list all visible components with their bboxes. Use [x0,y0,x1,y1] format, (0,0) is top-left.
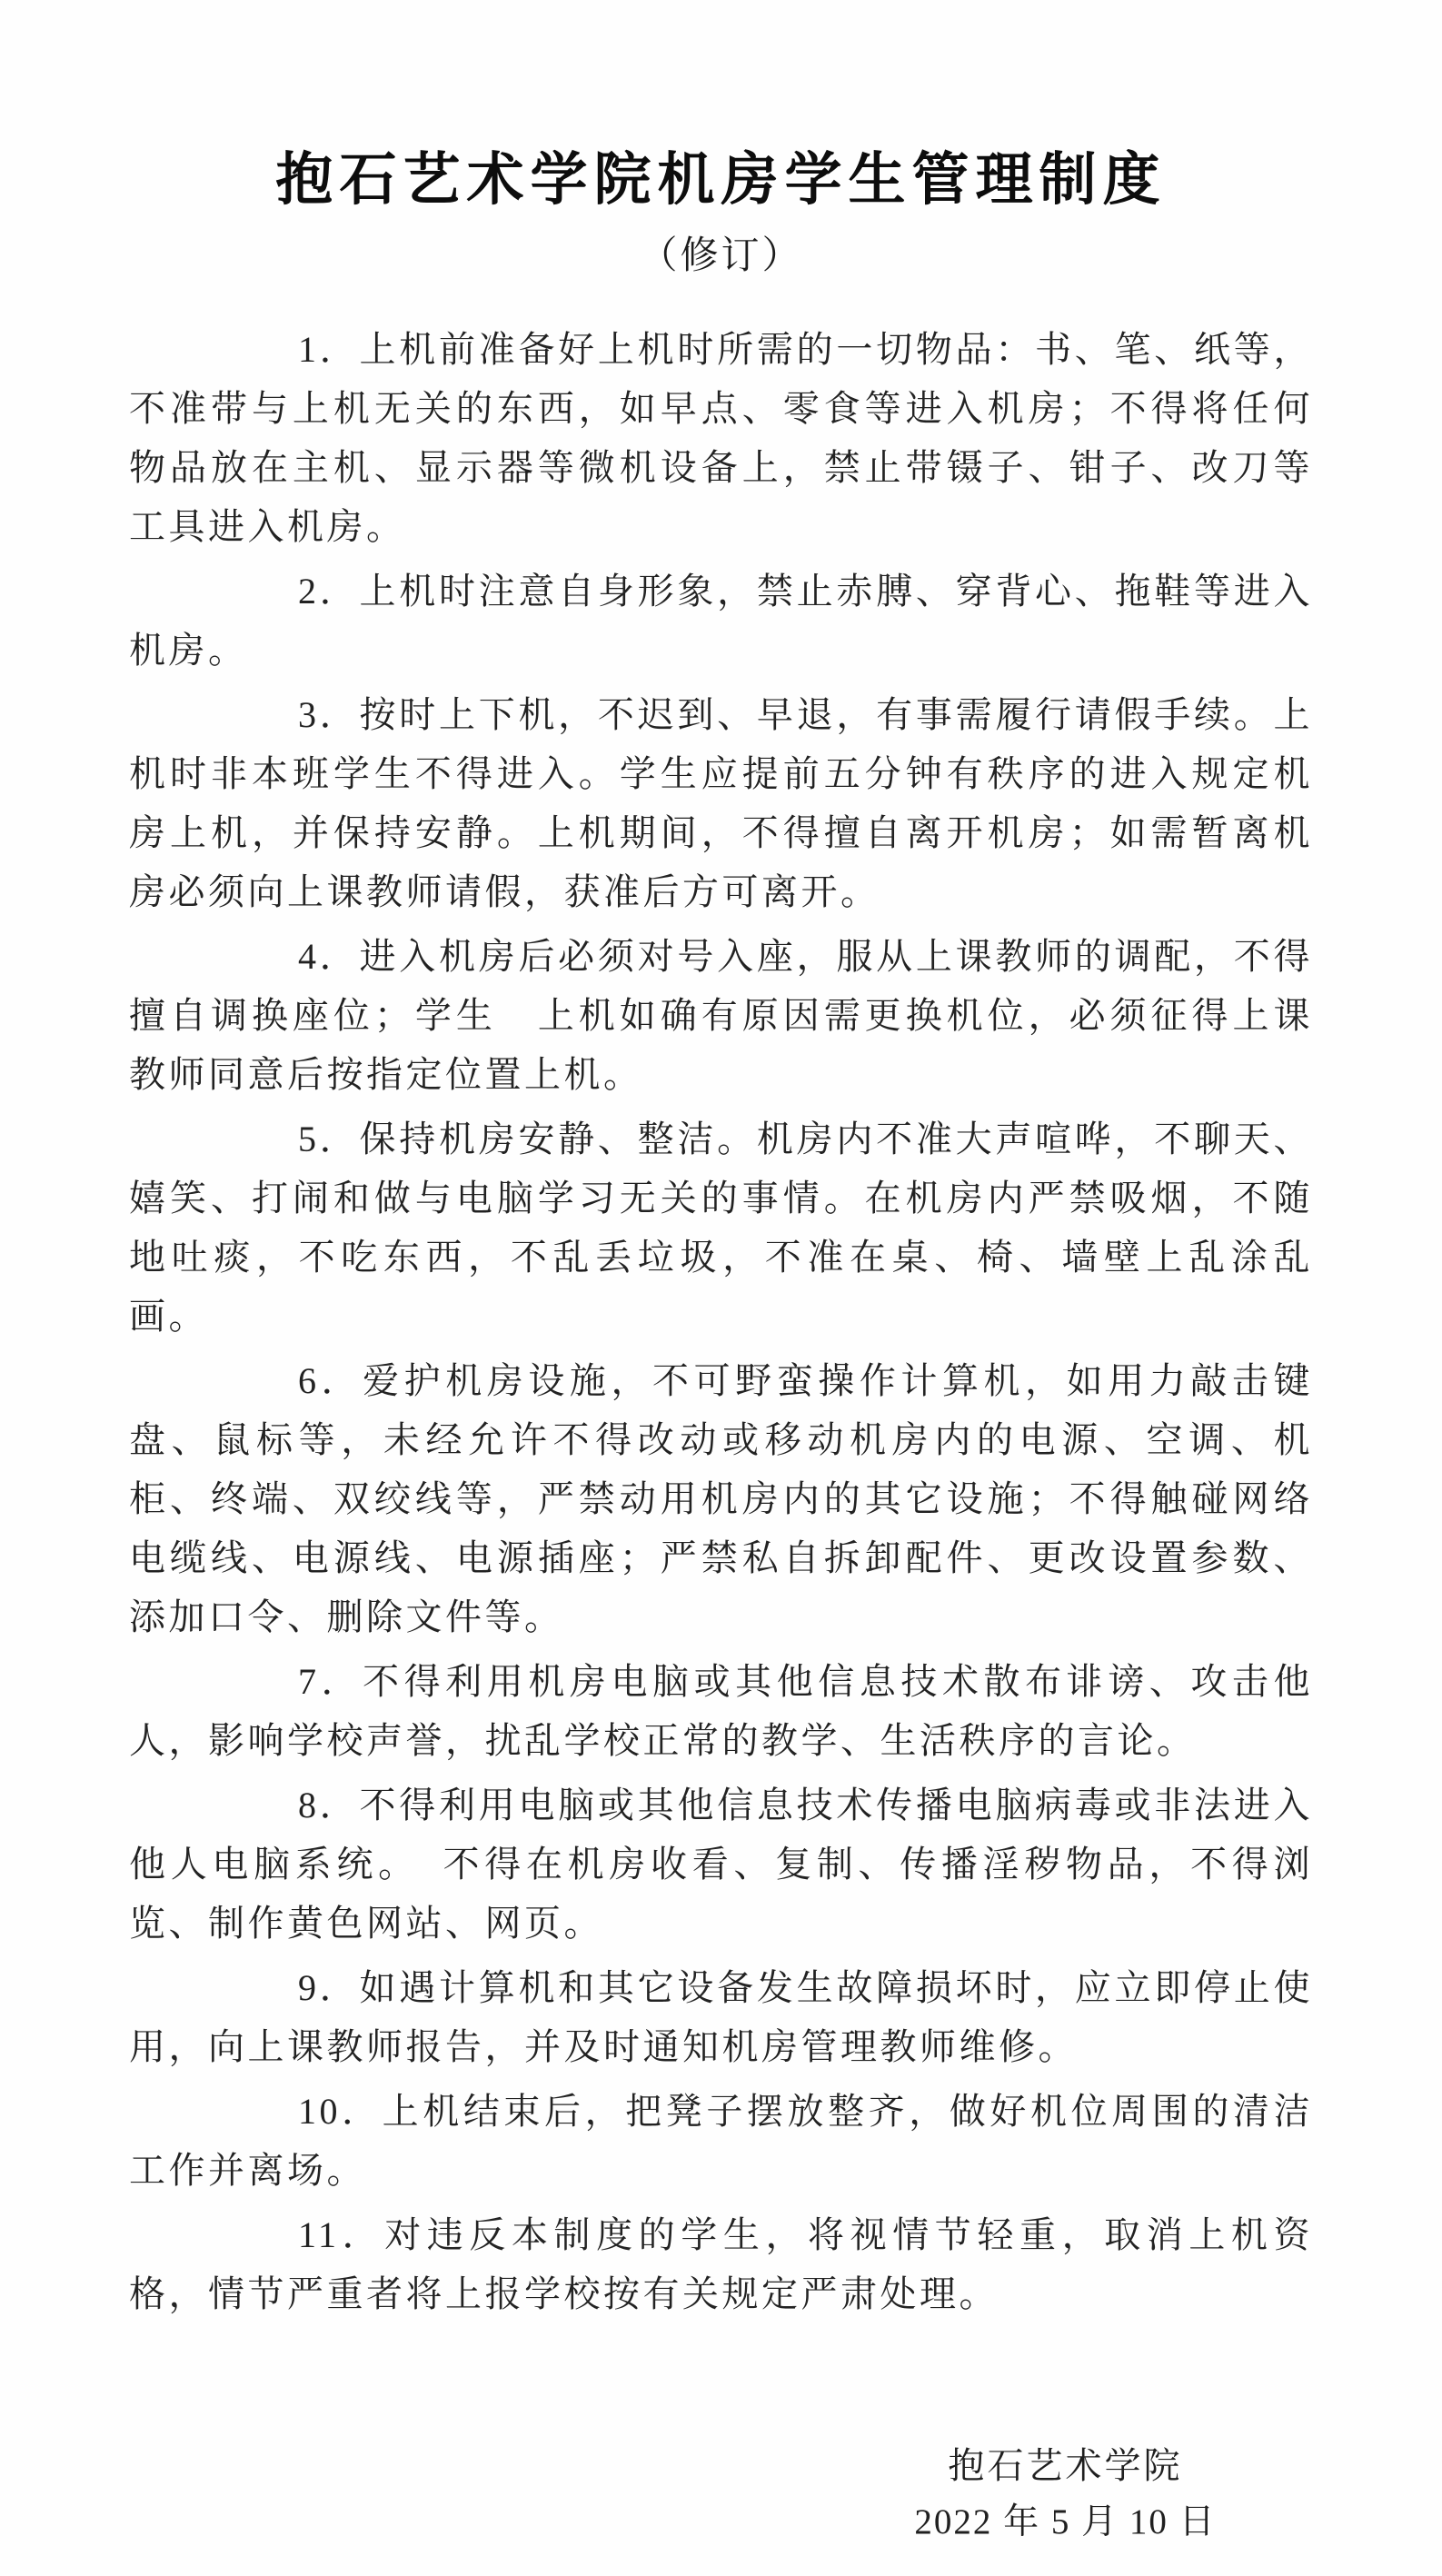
rule-paragraph-11: 11．对违反本制度的学生，将视情节轻重，取消上机资格，情节严重者将上报学校按有关… [129,2205,1313,2323]
rule-paragraph-7: 7．不得利用机房电脑或其他信息技术散布诽谤、攻击他人，影响学校声誉，扰乱学校正常… [129,1652,1313,1770]
rule-paragraph-4: 4．进入机房后必须对号入座，服从上课教师的调配，不得擅自调换座位；学生 上机如确… [129,927,1313,1104]
rule-paragraph-1: 1．上机前准备好上机时所需的一切物品：书、笔、纸等，不准带与上机无关的东西，如早… [129,320,1313,556]
signature-block: 抱石艺术学院 2022 年 5 月 10 日 [818,2438,1313,2551]
rule-paragraph-9: 9．如遇计算机和其它设备发生故障损坏时，应立即停止使用，向上课教师报告，并及时通… [129,1958,1313,2076]
signature-organization: 抱石艺术学院 [818,2438,1313,2494]
rule-paragraph-2: 2．上机时注意自身形象，禁止赤膊、穿背心、拖鞋等进入机房。 [129,562,1313,680]
rule-paragraph-8: 8．不得利用电脑或其他信息技术传播电脑病毒或非法进入他人电脑系统。 不得在机房收… [129,1775,1313,1953]
document-subtitle: （修订） [0,229,1442,283]
rule-paragraph-6: 6．爱护机房设施，不可野蛮操作计算机，如用力敲击键盘、鼠标等，未经允许不得改动或… [129,1351,1313,1646]
rule-paragraph-10: 10．上机结束后，把凳子摆放整齐，做好机位周围的清洁工作并离场。 [129,2082,1313,2200]
rule-paragraph-5: 5．保持机房安静、整洁。机房内不准大声喧哗，不聊天、嬉笑、打闹和做与电脑学习无关… [129,1109,1313,1346]
signature-date: 2022 年 5 月 10 日 [818,2494,1313,2551]
document-body: 1．上机前准备好上机时所需的一切物品：书、笔、纸等，不准带与上机无关的东西，如早… [129,320,1313,2551]
document-page: 抱石艺术学院机房学生管理制度 （修订） 1．上机前准备好上机时所需的一切物品：书… [0,0,1442,2576]
document-title: 抱石艺术学院机房学生管理制度 [0,0,1442,224]
rule-paragraph-3: 3．按时上下机，不迟到、早退，有事需履行请假手续。上机时非本班学生不得进入。学生… [129,685,1313,921]
